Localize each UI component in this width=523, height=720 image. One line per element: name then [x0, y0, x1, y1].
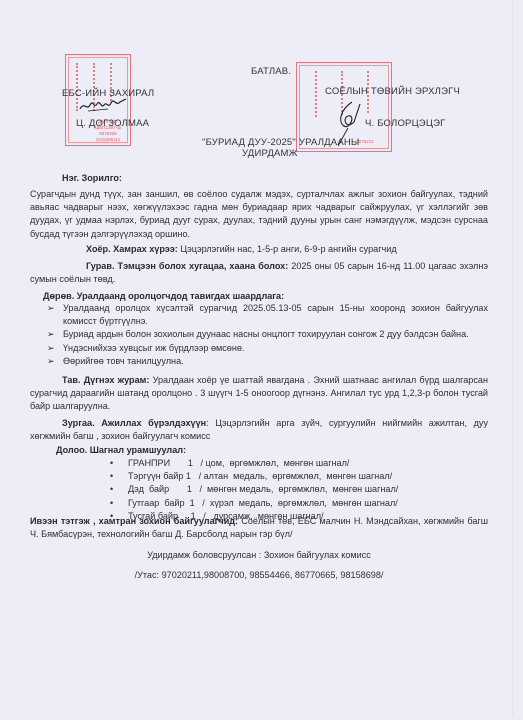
section-scope-text: Цэцэрлэгийн нас, 1-5-р анги, 6-9-р ангий…	[178, 244, 397, 254]
section-evaluation-heading: Тав. Дүгнэх журам:	[62, 375, 149, 385]
awards-list: ГРАНПРИ 1 / цом, өргөмжлөл, мөнгөн шагна…	[104, 457, 484, 523]
prepared-by: Удирдамж боловсруулсан : Зохион байгуула…	[30, 549, 488, 562]
section-time-heading: Гурав. Тэмцээн болох хугацаа, хаана боло…	[86, 261, 288, 271]
requirement-item: Үндэснийхээ хувцсыг иж бүрдлээр өмсөнө.	[42, 342, 488, 355]
left-signature-icon	[78, 97, 128, 115]
section-goal-heading: Нэг. Зорилго:	[62, 172, 122, 185]
award-item: Тэргүүн байр 1 / алтан медаль, өргөмжлөл…	[104, 470, 484, 483]
requirement-item: Уралдаанд оролцох хүсэлтэй сурагчид 2025…	[42, 302, 488, 328]
section-scope-heading: Хоёр. Хамрах хүрээ:	[30, 244, 178, 254]
section-staff-heading: Зургаа. Ажиллах бүрэлдэхүүн	[62, 418, 206, 428]
approve-label: БАТЛАВ.	[251, 66, 291, 77]
section-goal-text: Сурагчдын дунд түүх, зан заншил, өв соёл…	[30, 188, 488, 241]
requirement-item: Өөрийгөө товч танилцуулна.	[42, 355, 488, 368]
right-signer-name: Ч. БОЛОРЦЭЦЭГ	[365, 118, 445, 129]
award-item: ГРАНПРИ 1 / цом, өргөмжлөл, мөнгөн шагна…	[104, 457, 484, 470]
section-scope: Хоёр. Хамрах хүрээ: Цэцэрлэгийн нас, 1-5…	[30, 243, 488, 256]
mongol-script-column	[315, 71, 323, 117]
requirement-item: Буриад ардын болон зохиолын дуунаас насн…	[42, 328, 488, 341]
section-sponsors-heading: Ивээн тэтгэж , хамтран зохион байгуулагч…	[30, 516, 238, 526]
award-item: Гутгаар байр 1 / хүрэл медаль, өргөмжлөл…	[104, 497, 484, 510]
section-awards-heading: Долоо. Шагнал урамшуулал:	[56, 444, 186, 457]
section-time-place: Гурав. Тэмцээн болох хугацаа, хаана боло…	[30, 260, 488, 286]
award-item: Дэд байр 1 / мөнгөн медаль, өргөмжлөл, м…	[104, 483, 484, 496]
section-sponsors: Ивээн тэтгэж , хамтран зохион байгуулагч…	[30, 515, 488, 541]
document-page: ДАРГУЙГ ШМ71397-ф 9076336 2315286112 ЕБС…	[4, 0, 513, 716]
document-title-line-1: "БУРИАД ДУУ-2025" УРАЛДААНЫ	[202, 137, 360, 148]
contact-phones: /Утас: 97020211,98008700, 98554466, 8677…	[30, 569, 488, 582]
section-evaluation: Тав. Дүгнэх журам: Уралдаан хоёр үе шатт…	[30, 374, 488, 414]
requirements-list: Уралдаанд оролцох хүсэлтэй сурагчид 2025…	[42, 302, 488, 368]
document-title-line-2: УДИРДАМЖ	[242, 148, 298, 159]
section-staff: Зургаа. Ажиллах бүрэлдэхүүн: Цэцэрлэгийн…	[30, 417, 488, 443]
left-signer-name: Ц. ДОГЗОЛМАА	[76, 118, 149, 129]
right-signer-title: СОЁЛЫН ТӨВИЙН ЭРХЛЭГЧ	[325, 86, 460, 97]
